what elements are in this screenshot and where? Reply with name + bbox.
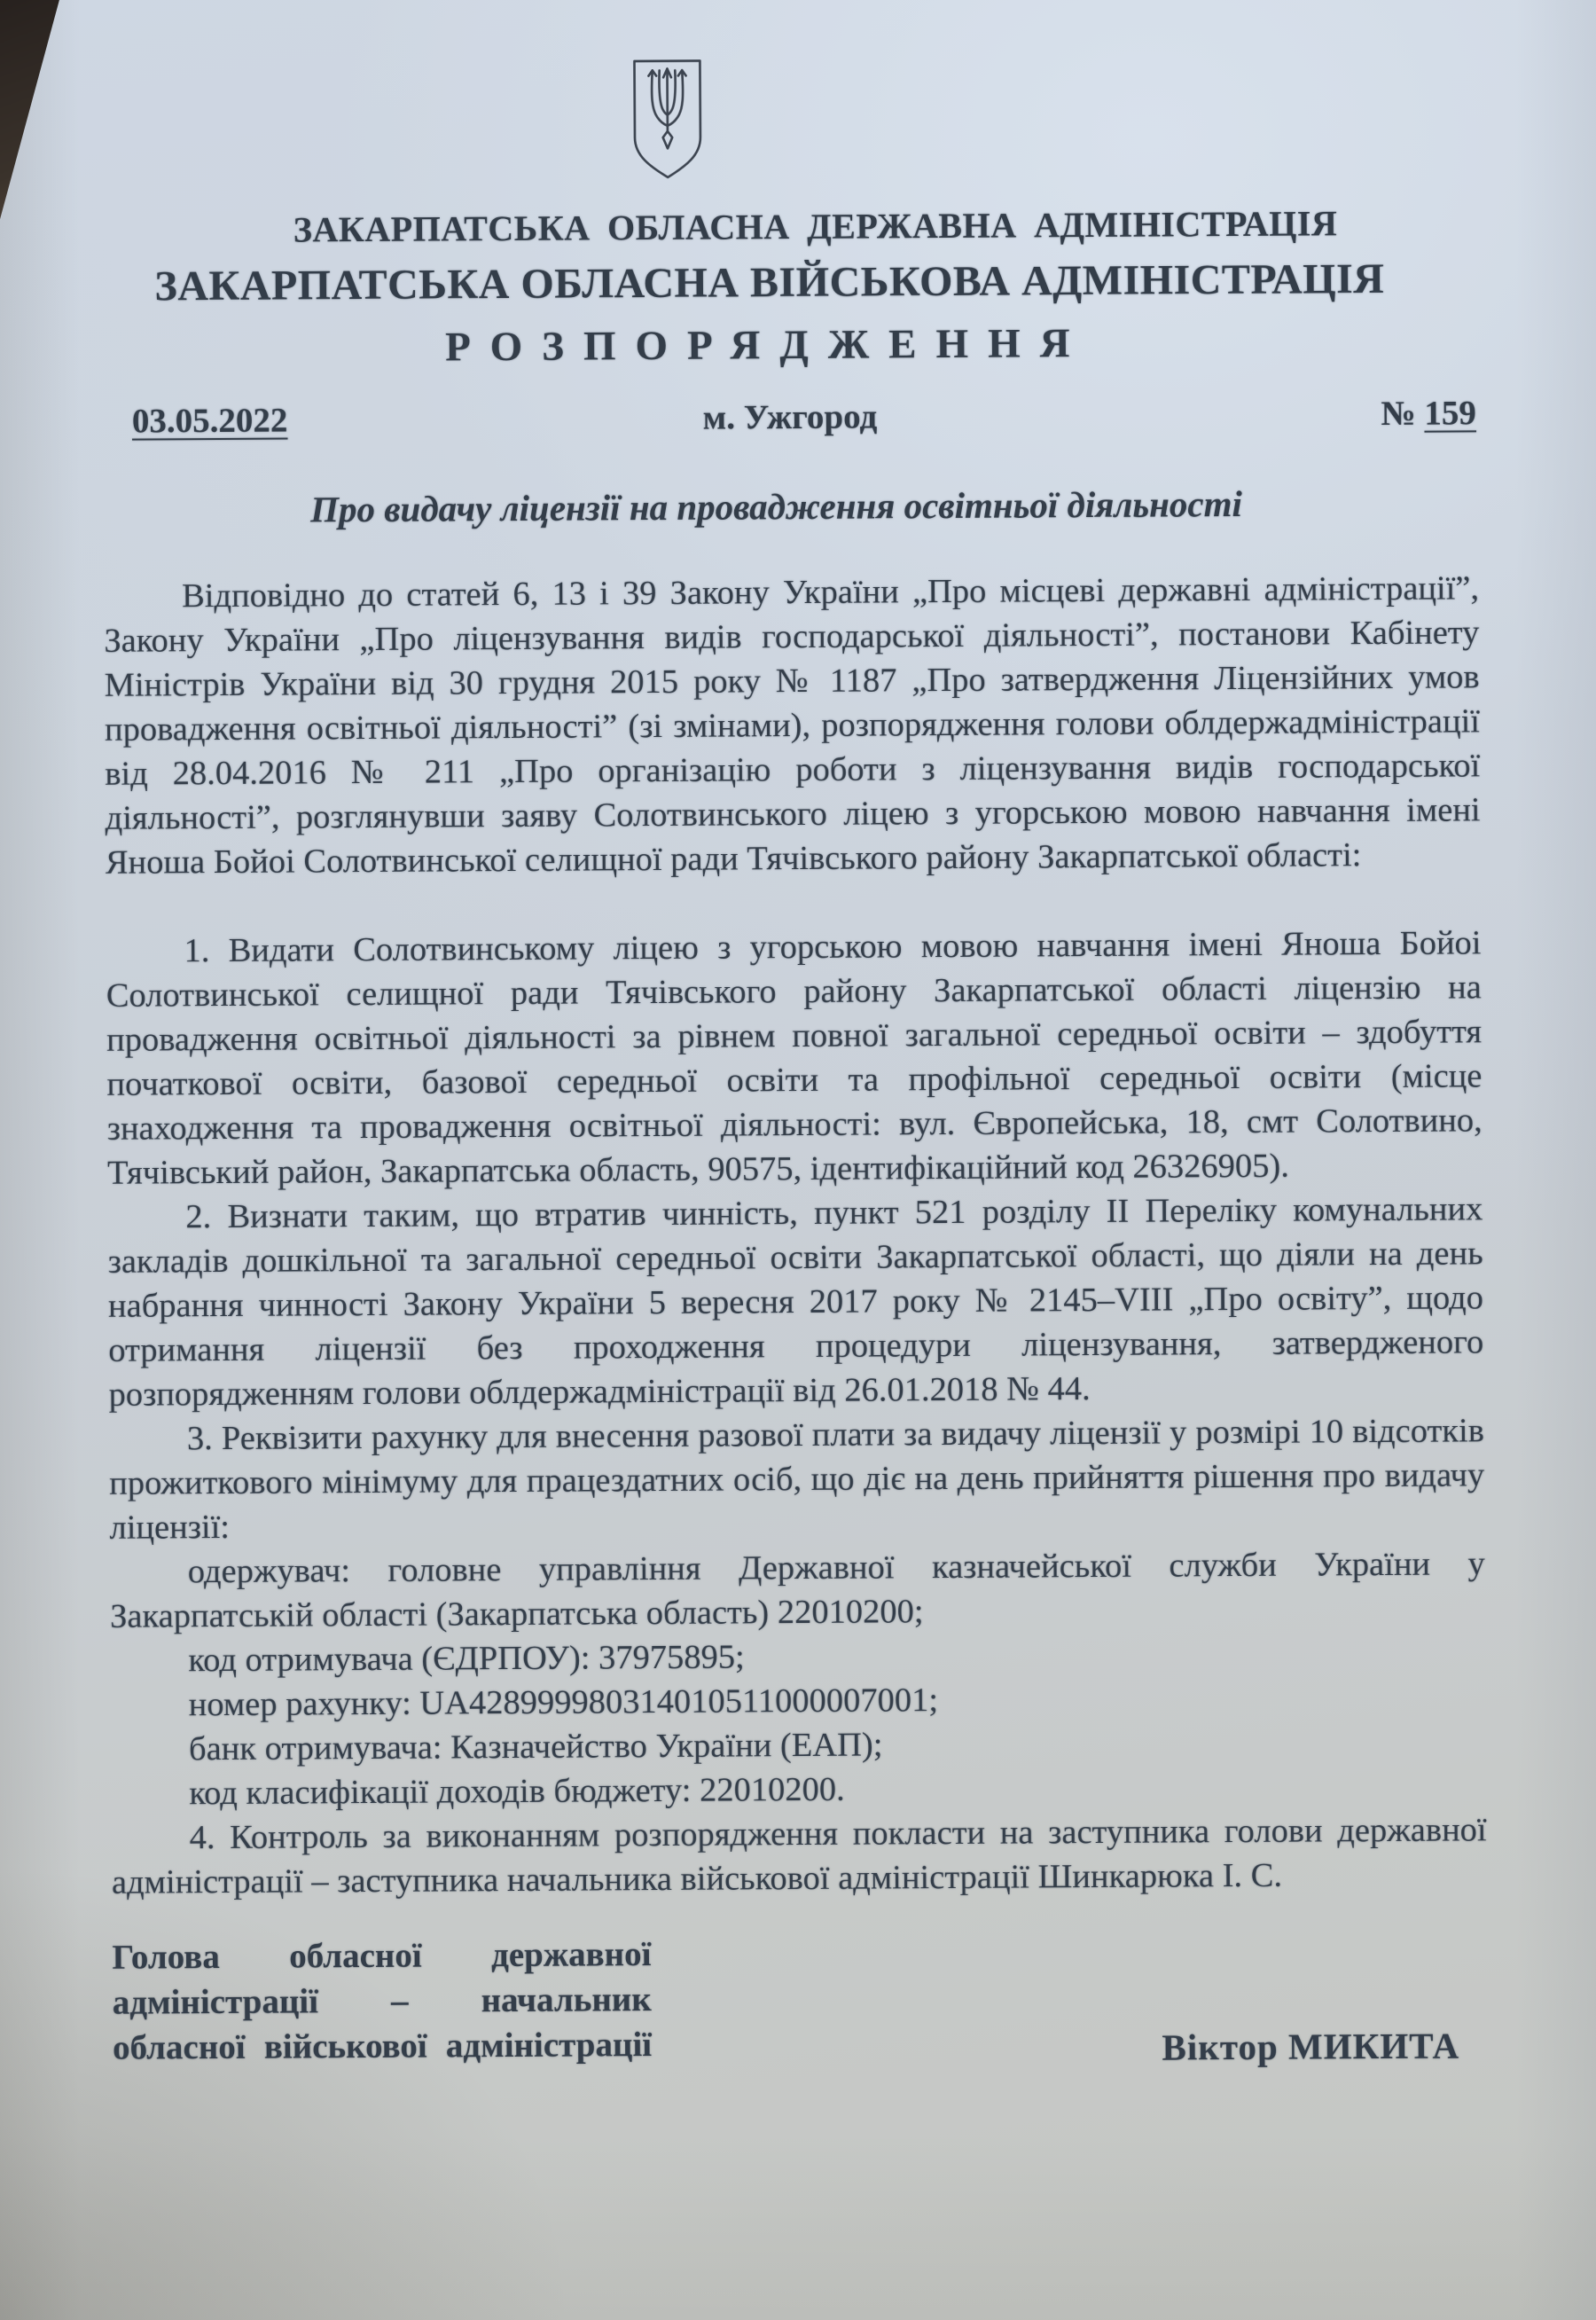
- document-body: Відповідно до статей 6, 13 і 39 Закону У…: [4, 565, 1596, 1905]
- org-name-military-administration: ЗАКАРПАТСЬКА ОБЛАСНА ВІЙСЬКОВА АДМІНІСТР…: [0, 254, 1568, 312]
- body-paragraph: Відповідно до статей 6, 13 і 39 Закону У…: [104, 566, 1481, 884]
- body-paragraph: 4. Контроль за виконанням розпорядження …: [111, 1807, 1487, 1904]
- number-sign: №: [1381, 395, 1415, 433]
- document-type-title: РОЗПОРЯДЖЕННЯ: [0, 317, 1556, 374]
- document-city: м. Ужгород: [702, 396, 877, 437]
- document-date: 03.05.2022: [132, 401, 288, 442]
- number-value: 159: [1424, 394, 1476, 432]
- signature-block: Голова обласної державноїадміністрації –…: [12, 1925, 1596, 2071]
- signatory-position-line: обласної військової адміністрації: [113, 2022, 652, 2071]
- document-number: № 159: [1381, 393, 1476, 434]
- document-subject: Про видачу ліцензії на провадження освіт…: [0, 481, 1575, 533]
- document-meta-row: 03.05.2022 м. Ужгород № 159: [3, 392, 1596, 442]
- body-paragraph: 1. Видати Солотвинському ліцею з угорськ…: [106, 921, 1483, 1195]
- document-photo: ЗАКАРПАТСЬКА ОБЛАСНА ДЕРЖАВНА АДМІНІСТРА…: [0, 0, 1596, 2320]
- signatory-position-line: Голова обласної державної: [112, 1932, 651, 1980]
- org-name-state-administration: ЗАКАРПАТСЬКА ОБЛАСНА ДЕРЖАВНА АДМІНІСТРА…: [17, 200, 1596, 252]
- body-paragraph: одержувач: головне управління Державної …: [110, 1541, 1486, 1638]
- signatory-position-line: адміністрації – начальник: [113, 1977, 652, 2026]
- body-paragraph: 3. Реквізити рахунку для внесення разово…: [109, 1408, 1485, 1549]
- signatory-position: Голова обласної державноїадміністрації –…: [112, 1932, 652, 2071]
- signatory-name: Віктор МИКИТА: [1162, 2023, 1459, 2070]
- body-paragraph: 2. Визнати таким, що втратив чинність, п…: [107, 1187, 1483, 1416]
- document-page: ЗАКАРПАТСЬКА ОБЛАСНА ДЕРЖАВНА АДМІНІСТРА…: [0, 0, 1596, 2071]
- ukraine-trident-emblem-icon: [628, 52, 707, 186]
